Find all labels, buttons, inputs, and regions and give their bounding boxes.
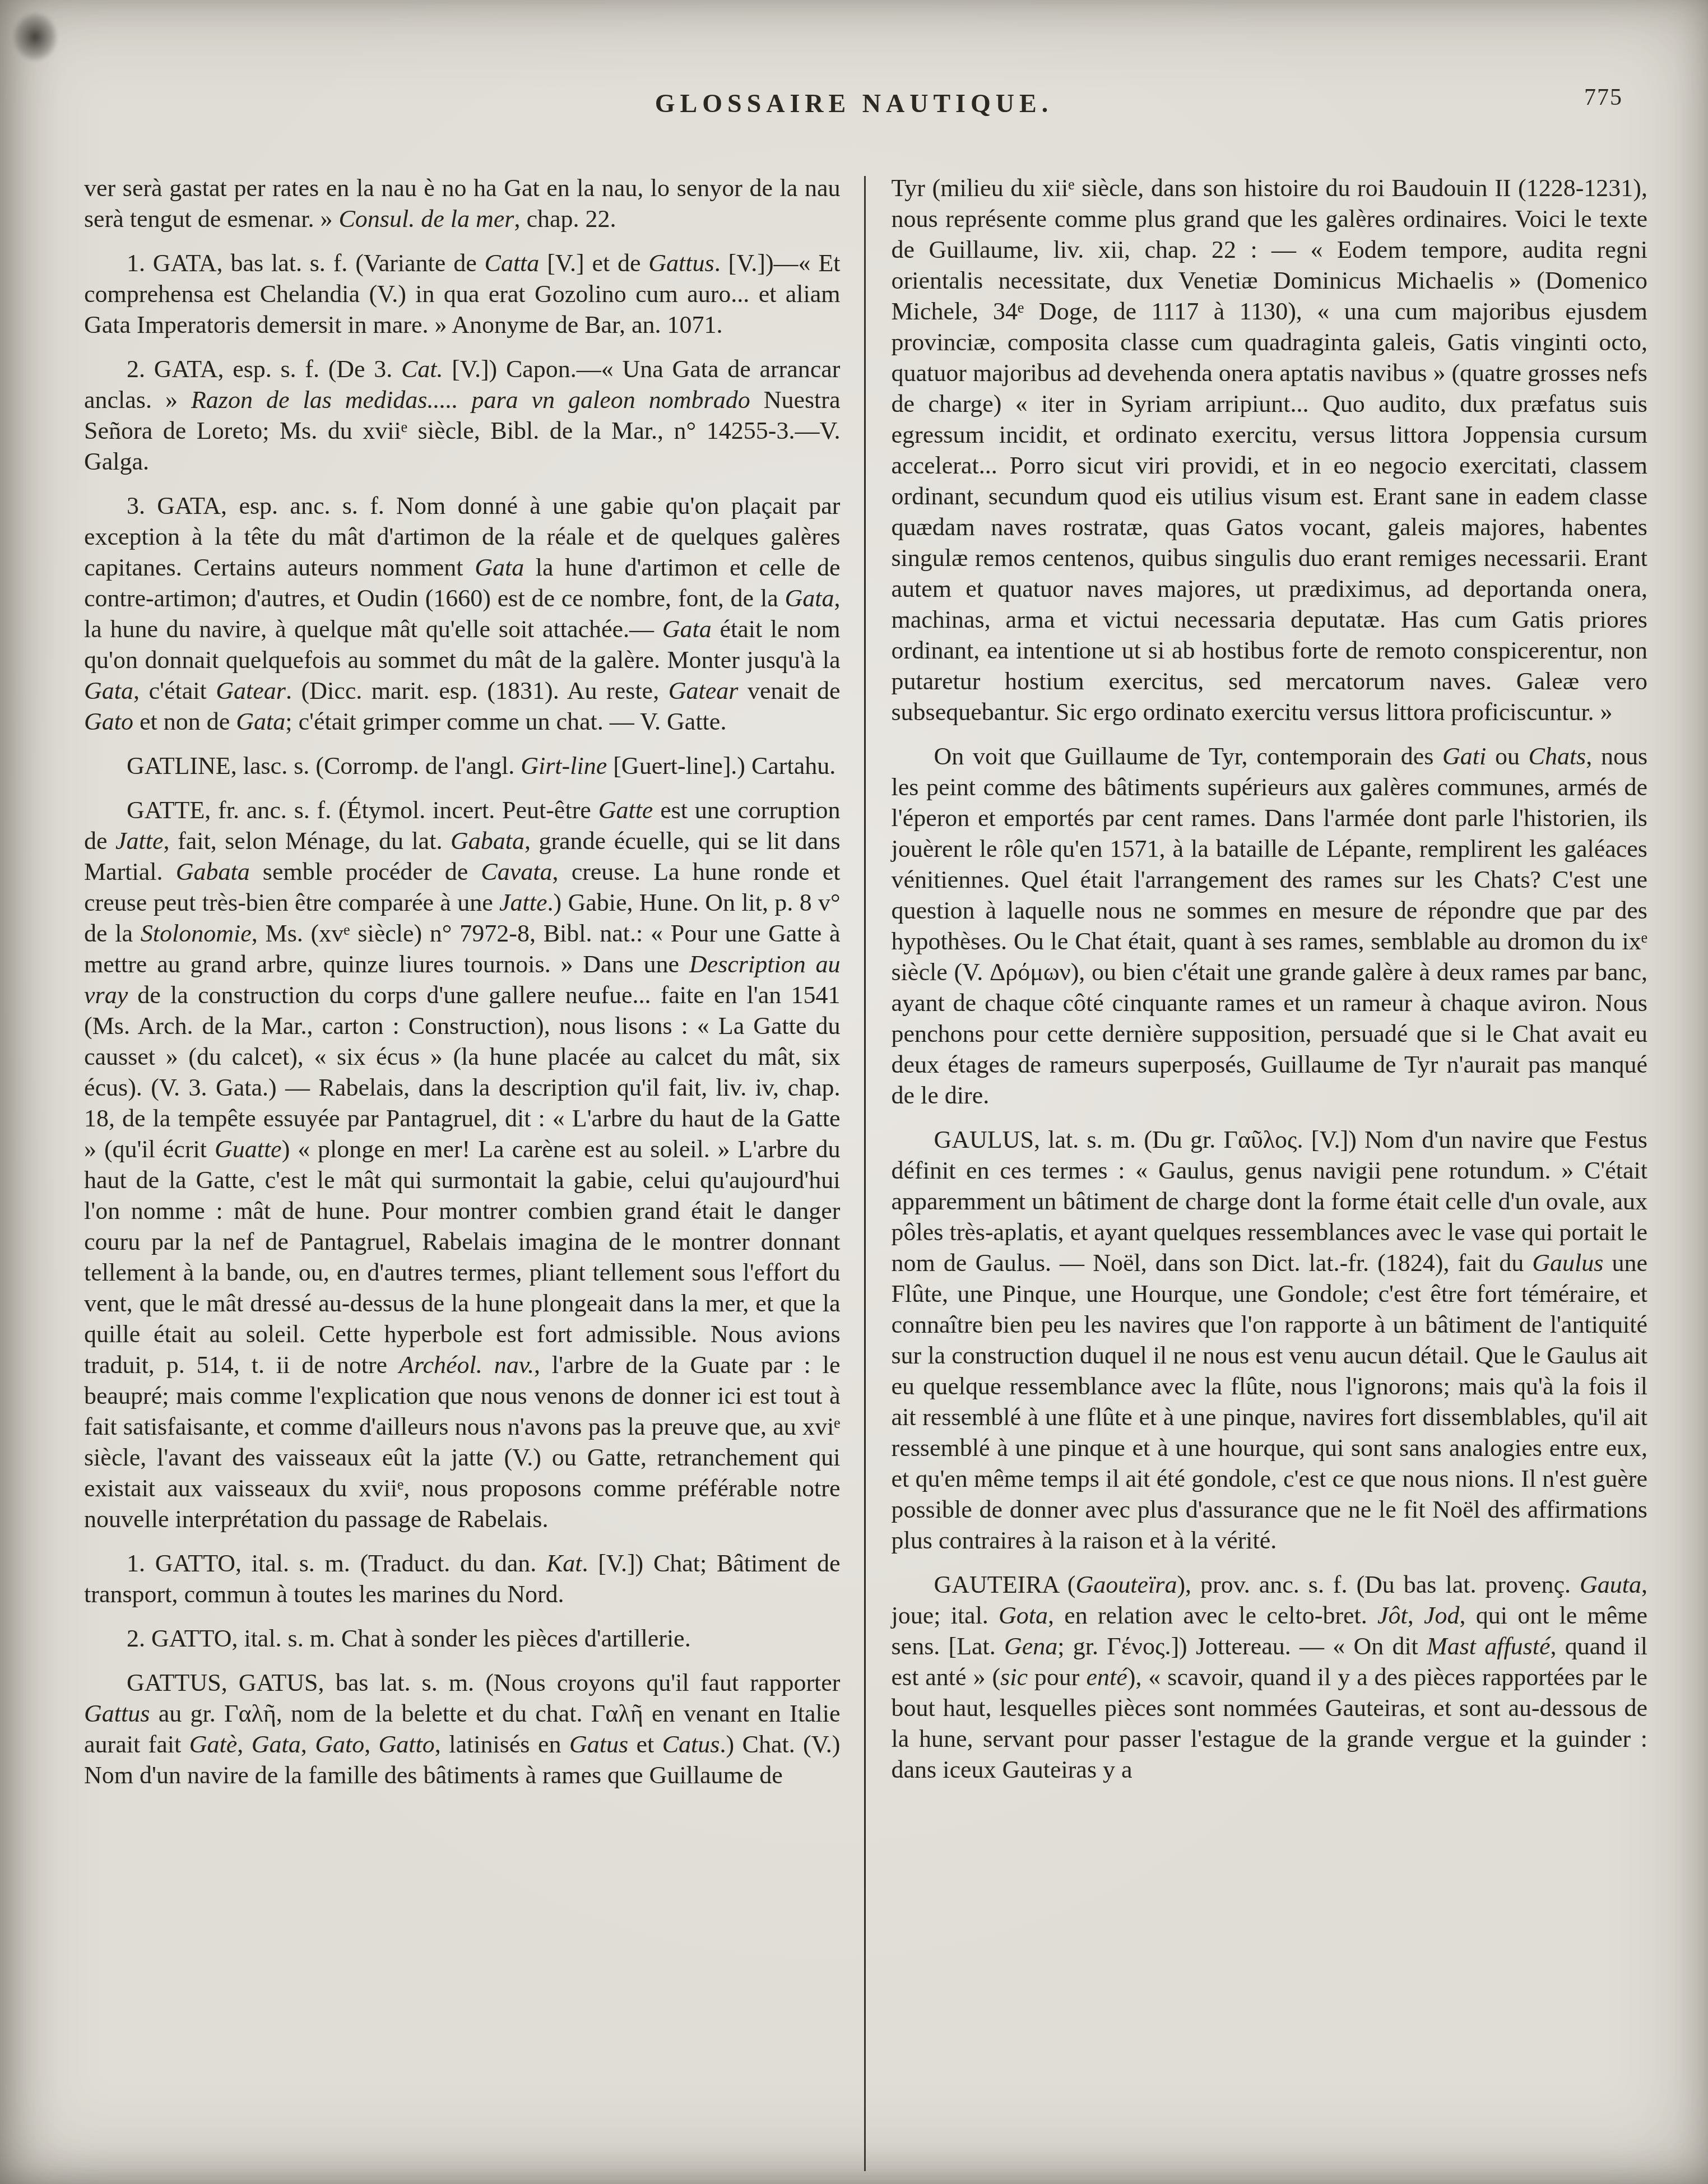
entry-gattus-gatus: GATTUS, GATUS, bas lat. s. m. (Nous croy… — [84, 1667, 841, 1791]
entry-gatline: GATLINE, lasc. s. (Corromp. de l'angl. G… — [84, 750, 841, 781]
entry-gata-1: 1. GATA, bas lat. s. f. (Variante de Cat… — [84, 248, 841, 340]
entry-gaulus: GAULUS, lat. s. m. (Du gr. Γαῦλος. [V.])… — [892, 1124, 1648, 1556]
entry-gatto-1: 1. GATTO, ital. s. m. (Traduct. du dan. … — [84, 1548, 841, 1610]
entry-gata-3: 3. GATA, esp. anc. s. f. Nom donné à une… — [84, 490, 841, 737]
page-header: GLOSSAIRE NAUTIQUE. 775 — [0, 0, 1708, 150]
continuation-guillaume-de-tyr: Tyr (milieu du xiiᵉ siècle, dans son his… — [892, 173, 1648, 727]
continuation-consul-de-la-mer: ver serà gastat per rates en la nau è no… — [84, 173, 841, 234]
text-columns: ver serà gastat per rates en la nau è no… — [0, 150, 1708, 2171]
entry-gata-2: 2. GATA, esp. s. f. (De 3. Cat. [V.]) Ca… — [84, 354, 841, 477]
left-column: ver serà gastat per rates en la nau è no… — [84, 173, 864, 2171]
page-number: 775 — [1584, 84, 1623, 111]
entry-gauteira: GAUTEIRA (Gaouteïra), prov. anc. s. f. (… — [892, 1569, 1648, 1785]
scanned-book-page: GLOSSAIRE NAUTIQUE. 775 ver serà gastat … — [0, 0, 1708, 2184]
entry-gatto-2: 2. GATTO, ital. s. m. Chat à sonder les … — [84, 1623, 841, 1654]
commentary-chats: On voit que Guillaume de Tyr, contempora… — [892, 741, 1648, 1111]
entry-gatte: GATTE, fr. anc. s. f. (Étymol. incert. P… — [84, 795, 841, 1534]
page-header-title: GLOSSAIRE NAUTIQUE. — [0, 89, 1708, 118]
right-column: Tyr (milieu du xiiᵉ siècle, dans son his… — [866, 173, 1648, 2171]
